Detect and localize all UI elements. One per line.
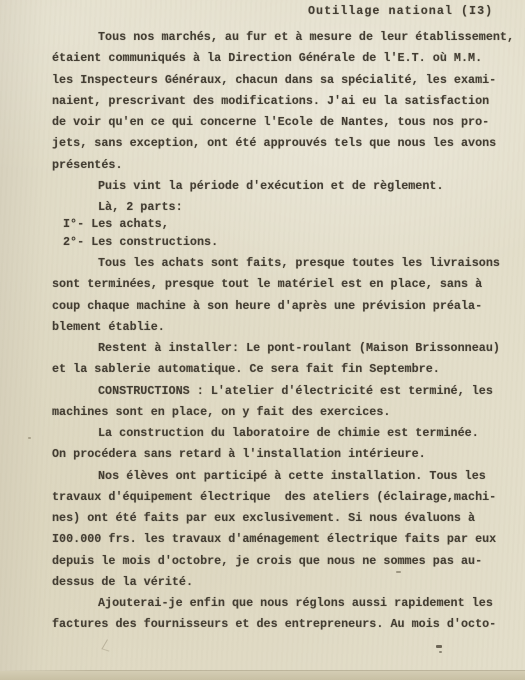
text-line: Là, 2 parts: — [52, 197, 513, 218]
pencil-smudge-mark — [101, 639, 114, 651]
text-line: I00.000 frs. les travaux d'aménagement é… — [52, 529, 513, 550]
text-line: présentés. — [52, 155, 513, 176]
text-line: CONSTRUCTIONS : L'atelier d'électricité … — [52, 381, 513, 402]
text-line: et la sablerie automatique. Ce sera fait… — [52, 359, 513, 380]
text-line: On procédera sans retard à l'installatio… — [52, 444, 513, 465]
text-line: machines sont en place, on y fait des ex… — [52, 402, 513, 423]
ink-speck-mark — [439, 651, 442, 653]
document-body: Tous nos marchés, au fur et à mesure de … — [52, 27, 513, 636]
text-line: de voir qu'en ce qui concerne l'Ecole de… — [52, 112, 513, 133]
scanned-document-page: Outillage national (I3) Tous nos marchés… — [0, 0, 525, 680]
text-line: sont terminées, presque tout le matériel… — [52, 274, 513, 295]
stray-dot-mark — [28, 437, 31, 439]
text-line: nes) ont été faits par eux exclusivement… — [52, 508, 513, 529]
ink-speck-mark — [436, 645, 442, 648]
text-line: naient, prescrivant des modifications. J… — [52, 91, 513, 112]
text-line: coup chaque machine à son heure d'après … — [52, 296, 513, 317]
list-item-line: I°- Les achats, — [52, 218, 513, 232]
text-line: blement établie. — [52, 317, 513, 338]
page-heading: Outillage national (I3) — [308, 4, 493, 18]
text-line: Tous nos marchés, au fur et à mesure de … — [52, 27, 513, 48]
text-line: La construction du laboratoire de chimie… — [52, 423, 513, 444]
text-line: depuis le mois d'octobre, je crois que n… — [52, 551, 513, 572]
text-line: factures des fournisseurs et des entrepr… — [52, 614, 513, 635]
text-line: étaient communiqués à la Direction Génér… — [52, 48, 513, 69]
stray-dash-mark — [396, 571, 401, 573]
text-line: Tous les achats sont faits, presque tout… — [52, 253, 513, 274]
text-line: les Inspecteurs Généraux, chacun dans sa… — [52, 70, 513, 91]
text-line: Nos élèves ont participé à cette install… — [52, 466, 513, 487]
text-line: Ajouterai-je enfin que nous réglons auss… — [52, 593, 513, 614]
text-line: jets, sans exception, ont été approuvés … — [52, 133, 513, 154]
text-line: travaux d'équipement électrique des atel… — [52, 487, 513, 508]
list-item-line: 2°- Les constructions. — [52, 232, 513, 253]
text-line: Puis vint la période d'exécution et de r… — [52, 176, 513, 197]
text-line: Restent à installer: Le pont-roulant (Ma… — [52, 338, 513, 359]
text-line: dessus de la vérité. — [52, 572, 513, 593]
paper-bottom-edge — [0, 671, 525, 680]
